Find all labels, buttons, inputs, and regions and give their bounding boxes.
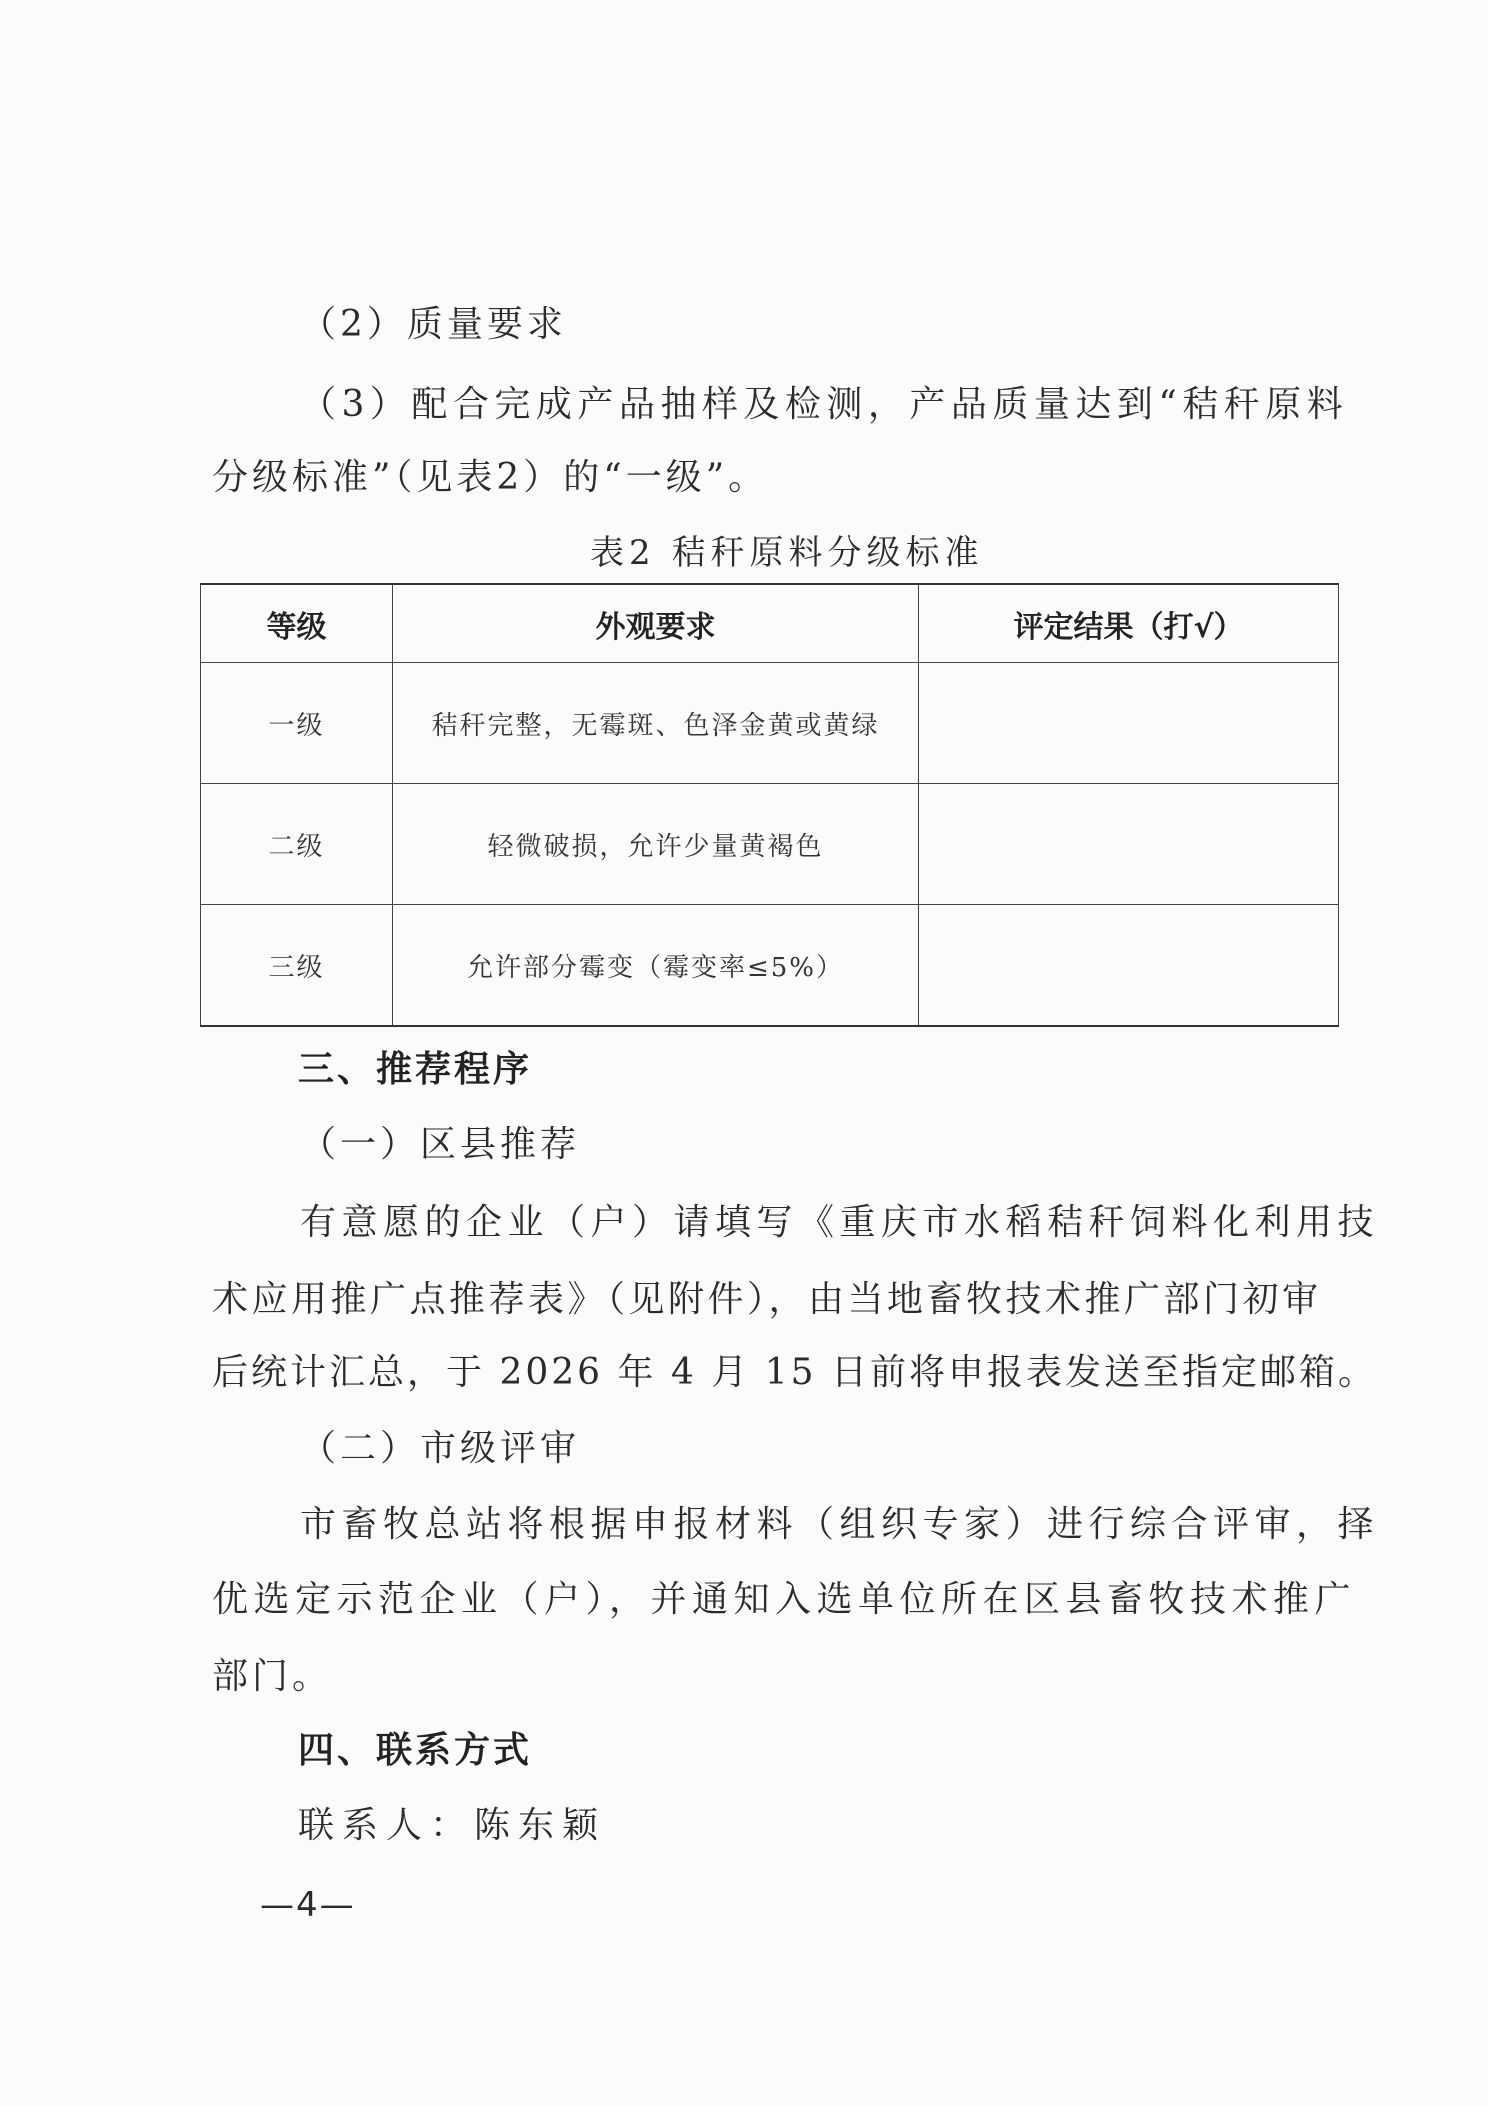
paragraph-county-line1: 有意愿的企业（户）请填写《重庆市水稻秸秆饲料化利用技 <box>300 1201 1379 1245</box>
subsection-1-heading: （一）区县推荐 <box>300 1123 580 1167</box>
contact-person: 联系人：陈东颖 <box>298 1804 606 1848</box>
cell-result <box>919 784 1339 905</box>
table-header-row: 等级 外观要求 评定结果（打√） <box>201 584 1339 663</box>
section-4-heading: 四、联系方式 <box>298 1729 532 1773</box>
subsection-2-heading: （二）市级评审 <box>300 1427 580 1471</box>
paragraph-county-line2: 术应用推广点推荐表》（见附件），由当地畜牧技术推广部门初审 <box>212 1278 1322 1322</box>
cell-result <box>919 663 1339 784</box>
section-3-heading: 三、推荐程序 <box>298 1048 532 1092</box>
header-appearance: 外观要求 <box>393 584 919 663</box>
table-row: 一级 秸秆完整，无霉斑、色泽金黄或黄绿 <box>201 663 1339 784</box>
cell-grade: 一级 <box>201 663 393 784</box>
cell-appearance: 轻微破损，允许少量黄褐色 <box>393 784 919 905</box>
paragraph-city-line3: 部门。 <box>212 1655 332 1699</box>
paragraph-county-line3: 后统计汇总，于 2026 年 4 月 15 日前将申报表发送至指定邮箱。 <box>212 1351 1377 1395</box>
paragraph-city-line2: 优选定示范企业（户），并通知入选单位所在区县畜牧技术推广 <box>212 1578 1356 1622</box>
table-caption: 表2 秸秆原料分级标准 <box>590 531 983 575</box>
cell-grade: 二级 <box>201 784 393 905</box>
cell-grade: 三级 <box>201 905 393 1027</box>
table-row: 三级 允许部分霉变（霉变率≤5%） <box>201 905 1339 1027</box>
cell-appearance: 秸秆完整，无霉斑、色泽金黄或黄绿 <box>393 663 919 784</box>
cell-result <box>919 905 1339 1027</box>
paragraph-quality-requirement: （2）质量要求 <box>300 303 567 347</box>
header-grade: 等级 <box>201 584 393 663</box>
paragraph-city-line1: 市畜牧总站将根据申报材料（组织专家）进行综合评审，择 <box>300 1503 1379 1547</box>
header-result: 评定结果（打√） <box>919 584 1339 663</box>
page-number: —4— <box>260 1885 356 1925</box>
paragraph-sampling-line1: （3）配合完成产品抽样及检测，产品质量达到“秸秆原料 <box>300 383 1348 427</box>
table-row: 二级 轻微破损，允许少量黄褐色 <box>201 784 1339 905</box>
grading-standard-table: 等级 外观要求 评定结果（打√） 一级 秸秆完整，无霉斑、色泽金黄或黄绿 二级 … <box>200 583 1339 1027</box>
cell-appearance: 允许部分霉变（霉变率≤5%） <box>393 905 919 1027</box>
paragraph-sampling-line2: 分级标准”（见表2）的“一级”。 <box>212 456 768 500</box>
